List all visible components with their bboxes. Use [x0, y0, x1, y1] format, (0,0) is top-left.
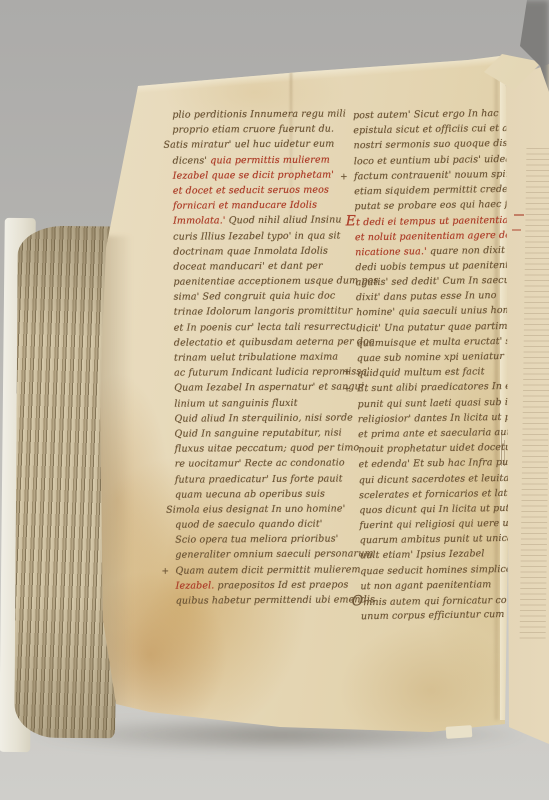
text-segment: paenitentiae acceptionem usque dum pos — [173, 275, 378, 287]
text-segment: quare non dixit — [430, 245, 505, 257]
text-segment: dedi uobis tempus ut paenitentiam — [355, 259, 527, 273]
text-segment: curis Illius Iezabel typo' in qua sit — [173, 230, 341, 242]
text-segment: qui dicunt sacerdotes et leuitas — [359, 472, 515, 485]
text-segment: quae seducit homines simplices — [360, 563, 517, 576]
text-line: Quid In sanguine reputabitur, nisi — [174, 425, 359, 441]
text-line: sima' Sed congruit quia huic doc — [174, 289, 359, 305]
text-line: +ac futurum Indicant ludicia repromissa' — [174, 365, 359, 381]
text-segment: Simola eius designat In uno homine' — [166, 503, 345, 515]
text-line: fornicari et manducare Idolis — [173, 197, 358, 213]
text-segment: quod de saeculo quando dicit' — [175, 519, 322, 531]
text-segment: Quid In sanguine reputabitur, nisi — [174, 427, 341, 439]
text-segment: nicatione sua.' — [355, 246, 430, 258]
text-segment: et noluit paenitentiam agere de for — [355, 229, 528, 243]
text-segment: Satis miratur' uel huc uidetur eum — [163, 139, 334, 151]
text-segment: ut non agant paenitentiam — [360, 579, 491, 592]
text-segment: etiam siquidem permittit credendo — [354, 184, 526, 198]
text-segment: trinae Idolorum langoris promittitur — [174, 306, 353, 318]
text-line: unum corpus efficiuntur cum ea — [361, 607, 521, 625]
text-line: dicens' quia permittis mulierem — [173, 152, 358, 168]
margin-cross: + — [343, 366, 351, 381]
text-segment: doceat manducari' et dant per — [173, 260, 322, 272]
text-segment: post autem' Sicut ergo In hac — [353, 108, 499, 121]
facing-page-showthrough-text — [520, 148, 549, 640]
text-segment: ac futurum Indicant ludicia repromissa' — [174, 366, 370, 378]
text-segment: dicens' — [173, 155, 211, 166]
text-segment: Quid aliud In sterquilinio, nisi sorde — [174, 412, 353, 424]
text-segment: fuerint qui religiosi qui uere uident — [359, 518, 534, 532]
text-line: doceat manducari' et dant per — [173, 258, 358, 274]
text-segment: plio perditionis Innumera regu mili — [172, 108, 346, 120]
text-segment: quia permittis mulierem — [210, 154, 330, 166]
text-segment: trinam uelut tribulatione maxima — [174, 351, 338, 363]
text-segment: agatis' sed dedit' Cum In saeculo — [356, 275, 519, 289]
text-line: curis Illius Iezabel typo' in qua sit — [173, 228, 358, 244]
text-segment: quos dicunt qui In licita ut puta — [359, 503, 515, 516]
text-segment: et In poenis cur' lecta tali resurrectu — [174, 321, 356, 333]
text-segment: proprio etiam cruore fuerunt du. — [172, 124, 334, 136]
text-line: futura praedicatur' Ius forte pauit — [175, 471, 360, 487]
text-segment: quam uecuna ab operibus suis — [175, 488, 325, 500]
text-segment: quidquid multum est facit — [357, 366, 485, 379]
facing-page-red-mark — [514, 214, 524, 216]
text-segment: nouit prophetatur uidet docetur — [358, 442, 516, 455]
text-segment: futura praedicatur' Ius forte pauit — [175, 473, 343, 485]
text-segment: Quam Iezabel In aspernatur' et sangui — [174, 382, 364, 394]
facing-page-bottom-corner — [446, 725, 473, 739]
text-line: Immolata.' Quod nihil aliud Insinu — [173, 213, 358, 229]
text-segment: Scio opera tua meliora prioribus' — [175, 534, 338, 546]
text-segment: loco et euntium ubi pacis' uideant — [354, 153, 522, 167]
text-line: proprio etiam cruore fuerunt du. — [172, 122, 357, 138]
text-line: trinae Idolorum langoris promittitur — [174, 304, 359, 320]
text-column-left: plio perditionis Innumera regu milipropr… — [172, 106, 360, 608]
photo-background: plio perditionis Innumera regu milipropr… — [0, 0, 549, 800]
text-line: re uocitamur' Recte ac condonatio — [175, 456, 360, 472]
text-line: Scio opera tua meliora prioribus' — [175, 532, 360, 548]
text-line: Iezabel quae se dicit prophetam' — [173, 167, 358, 183]
facing-page-red-mark — [512, 229, 521, 231]
text-column-right: post autem' Sicut ergo In hacepistula si… — [353, 106, 521, 625]
text-line: Quam Iezabel In aspernatur' et sangui — [174, 380, 359, 396]
text-line: paenitentiae acceptionem usque dum pos — [173, 273, 358, 289]
text-line: Satis miratur' uel huc uidetur eum — [163, 137, 357, 154]
text-segment: doctrinam quae Inmolata Idolis — [173, 245, 328, 257]
text-line: generaliter omnium saeculi personarum — [175, 547, 360, 563]
text-segment: praepositos Id est praepos — [217, 579, 348, 591]
text-line: Iezabel. praepositos Id est praepos — [176, 577, 361, 593]
text-segment: unum corpus efficiuntur cum ea — [361, 609, 519, 622]
text-segment: dixit' dans putas esse In uno — [356, 290, 497, 303]
text-segment: Iezabel quae se dicit prophetam' — [173, 169, 334, 181]
margin-cross: + — [343, 383, 351, 398]
text-segment: uult etiam' Ipsius Iezabel — [360, 549, 485, 562]
text-segment: quibus habetur permittendi ubi emendis — [176, 594, 375, 606]
text-segment: et docet et seducit seruos meos — [173, 184, 329, 196]
text-segment: sima' Sed congruit quia huic doc — [174, 291, 336, 303]
text-segment: religiosior' dantes In licita ut puta — [358, 411, 527, 425]
text-segment: fluxus uitae peccatum; quod per timo — [175, 442, 360, 454]
text-segment: linium ut sanguinis fluxit — [174, 397, 297, 409]
text-segment: generaliter omnium saeculi personarum — [175, 549, 373, 561]
text-segment: Immolata.' — [173, 216, 229, 227]
text-line: plio perditionis Innumera regu mili — [172, 106, 357, 122]
text-segment: Quod nihil aliud Insinu — [229, 215, 342, 227]
margin-cross: + — [161, 564, 169, 579]
text-line: fluxus uitae peccatum; quod per timo — [175, 440, 360, 456]
text-line: et In poenis cur' lecta tali resurrectu — [174, 319, 359, 335]
text-line: +Quam autem dicit permittit mulierem — [175, 562, 360, 578]
text-segment: Quam autem dicit permittit mulierem — [175, 564, 360, 576]
text-line: linium ut sanguinis fluxit — [174, 395, 359, 411]
text-segment: et edenda' Et sub hac Infra putat — [358, 457, 521, 471]
text-line: doctrinam quae Inmolata Idolis — [173, 243, 358, 259]
text-segment: delectatio et quibusdam aeterna per doc — [174, 336, 375, 348]
text-line: quam uecuna ab operibus suis — [175, 486, 360, 502]
text-segment: Iezabel. — [176, 580, 218, 591]
text-line: quod de saeculo quando dicit' — [175, 516, 360, 532]
text-line: quibus habetur permittendi ubi emendis — [176, 592, 361, 608]
text-line: trinam uelut tribulatione maxima — [174, 349, 359, 365]
text-segment: factum contrauenit' nouum spiritum — [354, 168, 533, 182]
margin-cross: + — [340, 170, 348, 185]
text-line: et docet et seducit seruos meos — [173, 182, 358, 198]
text-segment: re uocitamur' Recte ac condonatio — [175, 458, 345, 470]
text-segment: punit qui sunt laeti quasi sub iure — [358, 396, 525, 410]
text-segment: fornicari et manducare Idolis — [173, 200, 317, 212]
text-segment: dicit' Una putatur quae partim — [356, 321, 507, 334]
text-line: Simola eius designat In uno homine' — [166, 501, 360, 518]
page-top-edge-highlight — [130, 51, 512, 94]
text-line: delectatio et quibusdam aeterna per doc — [174, 334, 359, 350]
text-line: Quid aliud In sterquilinio, nisi sorde — [174, 410, 359, 426]
